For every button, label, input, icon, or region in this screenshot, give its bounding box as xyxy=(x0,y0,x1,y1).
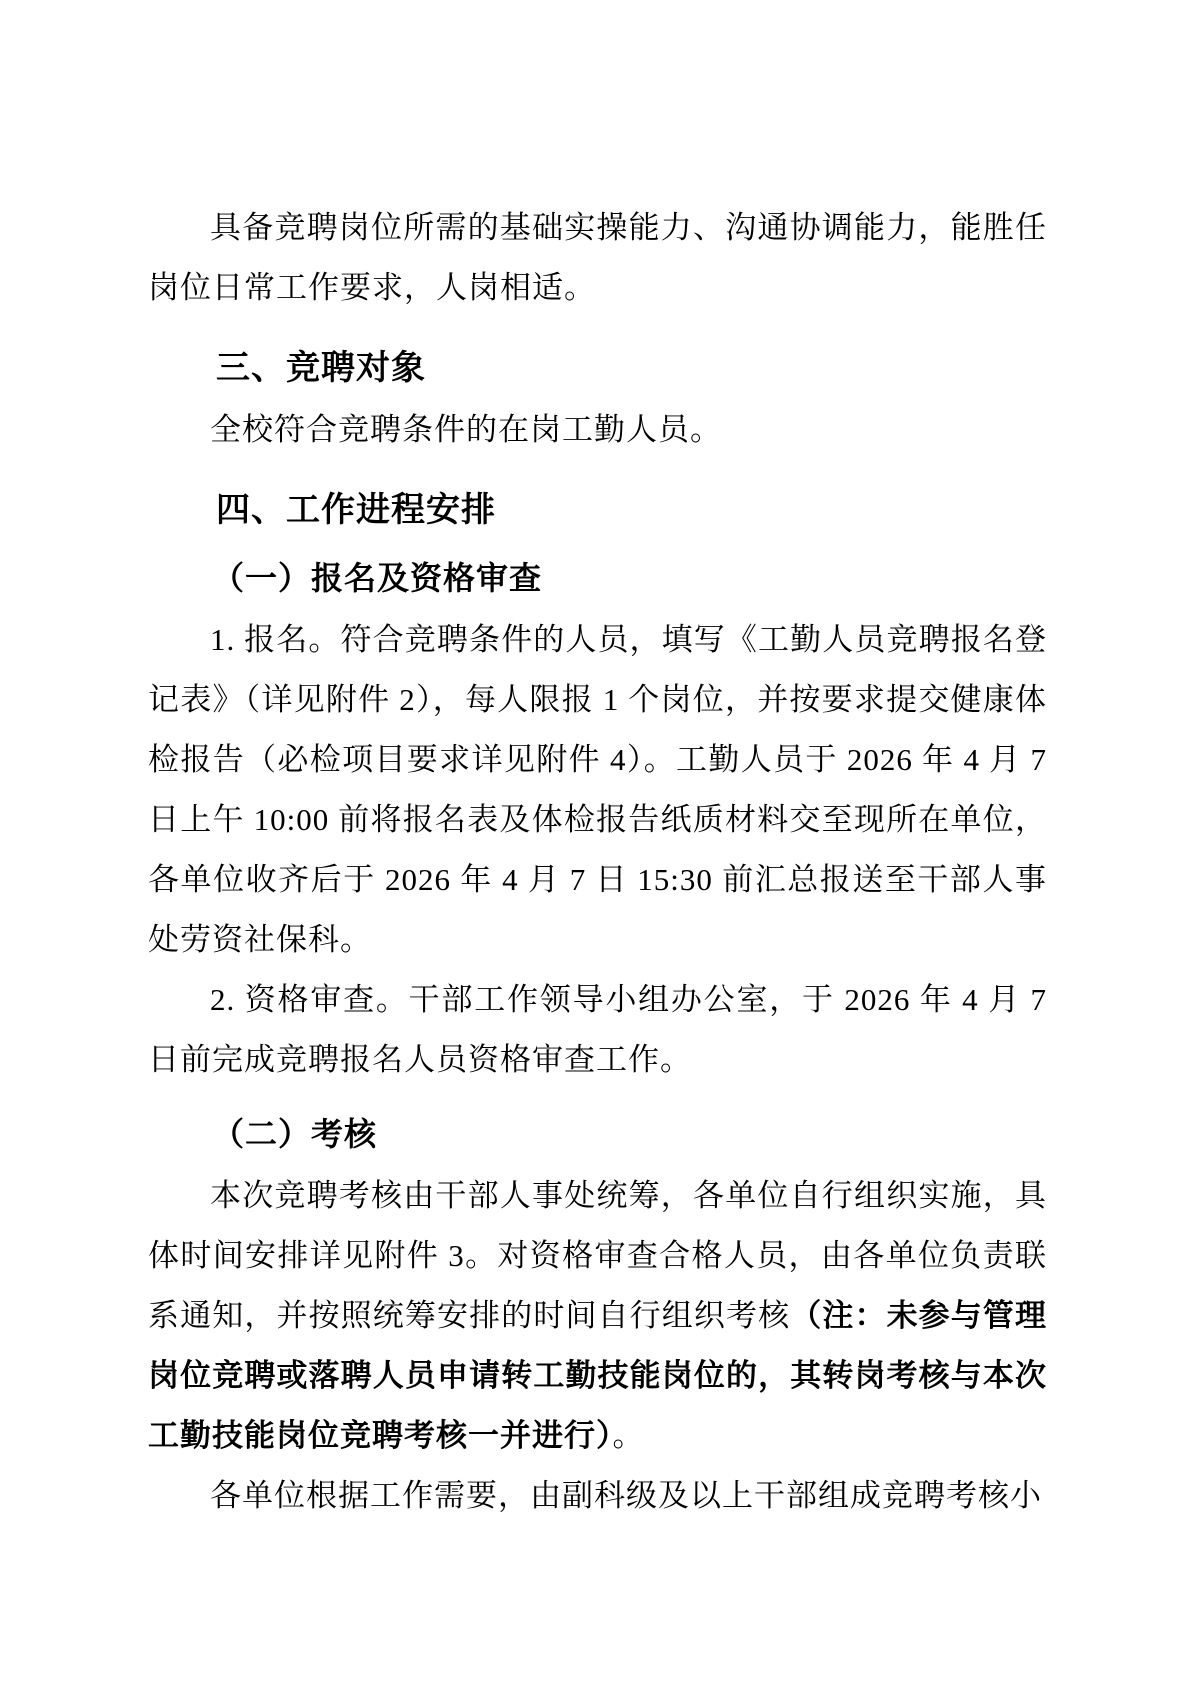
page-content: 具备竞聘岗位所需的基础实操能力、沟通协调能力，能胜任岗位日常工作要求，人岗相适。… xyxy=(148,198,1047,1526)
paragraph-eligible-staff: 全校符合竞聘条件的在岗工勤人员。 xyxy=(148,400,1047,460)
document-page: 具备竞聘岗位所需的基础实操能力、沟通协调能力，能胜任岗位日常工作要求，人岗相适。… xyxy=(0,0,1191,1684)
section-heading-3-competition-targets: 三、竞聘对象 xyxy=(148,344,1047,392)
assessment-text-normal-tail: 。 xyxy=(613,1418,645,1453)
paragraph-assessment-group-composition: 各单位根据工作需要，由副科级及以上干部组成竞聘考核小 xyxy=(148,1466,1047,1526)
section-heading-4-work-schedule: 四、工作进程安排 xyxy=(148,486,1047,534)
paragraph-registration-procedure: 1. 报名。符合竞聘条件的人员，填写《工勤人员竞聘报名登记表》（详见附件 2），… xyxy=(148,610,1047,970)
paragraph-assessment-arrangement: 本次竞聘考核由干部人事处统筹，各单位自行组织实施，具体时间安排详见附件 3。对资… xyxy=(148,1166,1047,1466)
subsection-heading-2-assessment: （二）考核 xyxy=(148,1110,1047,1158)
subsection-heading-1-registration-and-qualification-review: （一）报名及资格审查 xyxy=(148,554,1047,602)
paragraph-qualification-review: 2. 资格审查。干部工作领导小组办公室，于 2026 年 4 月 7 日前完成竞… xyxy=(148,970,1047,1090)
paragraph-capability-requirement: 具备竞聘岗位所需的基础实操能力、沟通协调能力，能胜任岗位日常工作要求，人岗相适。 xyxy=(148,198,1047,318)
